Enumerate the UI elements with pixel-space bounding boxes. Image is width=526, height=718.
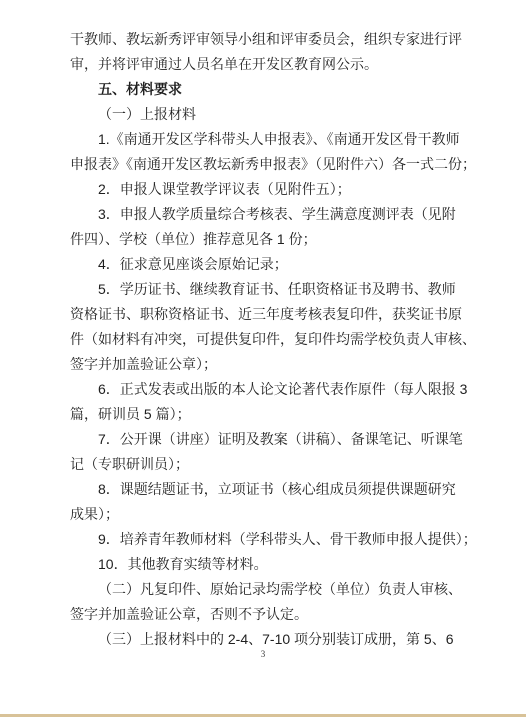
text-line: （二）凡复印件、原始记录均需学校（单位）负责人审核、	[70, 577, 482, 602]
text-line: 件四）、学校（单位）推荐意见各 1 份；	[70, 227, 482, 252]
text-line: 篇，研训员 5 篇）；	[70, 402, 482, 427]
text-line: 5．学历证书、继续教育证书、任职资格证书及聘书、教师	[70, 277, 482, 302]
text-line: 2．申报人课堂教学评议表（见附件五）；	[70, 177, 482, 202]
page-number: 3	[0, 648, 526, 660]
text-line: 1.《南通开发区学科带头人申报表》、《南通开发区骨干教师	[70, 127, 482, 152]
text-line: 成果）；	[70, 502, 482, 527]
text-line: 3．申报人教学质量综合考核表、学生满意度测评表（见附	[70, 202, 482, 227]
text-line: 签字并加盖验证公章，否则不予认定。	[70, 602, 482, 627]
text-line: （一）上报材料	[70, 102, 482, 127]
document-page: 干教师、教坛新秀评审领导小组和评审委员会，组织专家进行评审，并将评审通过人员名单…	[0, 0, 526, 718]
text-line: 审，并将评审通过人员名单在开发区教育网公示。	[70, 52, 482, 77]
page-bottom-edge	[0, 714, 526, 717]
text-line: 干教师、教坛新秀评审领导小组和评审委员会，组织专家进行评	[70, 27, 482, 52]
text-line: 资格证书、职称资格证书、近三年度考核表复印件，获奖证书原	[70, 302, 482, 327]
text-line: 五、材料要求	[70, 77, 482, 102]
text-line: 7．公开课（讲座）证明及教案（讲稿）、备课笔记、听课笔	[70, 427, 482, 452]
document-body: 干教师、教坛新秀评审领导小组和评审委员会，组织专家进行评审，并将评审通过人员名单…	[70, 27, 482, 652]
text-line: 记（专职研训员）；	[70, 452, 482, 477]
text-line: 8．课题结题证书，立项证书（核心组成员须提供课题研究	[70, 477, 482, 502]
text-line: 10．其他教育实绩等材料。	[70, 552, 482, 577]
text-line: 4．征求意见座谈会原始记录；	[70, 252, 482, 277]
text-line: 件（如材料有冲突，可提供复印件，复印件均需学校负责人审核、	[70, 327, 482, 352]
text-line: 签字并加盖验证公章）；	[70, 352, 482, 377]
text-line: 申报表》《南通开发区教坛新秀申报表》（见附件六）各一式二份；	[70, 152, 482, 177]
text-line: 9．培养青年教师材料（学科带头人、骨干教师申报人提供）；	[70, 527, 482, 552]
text-line: 6．正式发表或出版的本人论文论著代表作原件（每人限报 3	[70, 377, 482, 402]
